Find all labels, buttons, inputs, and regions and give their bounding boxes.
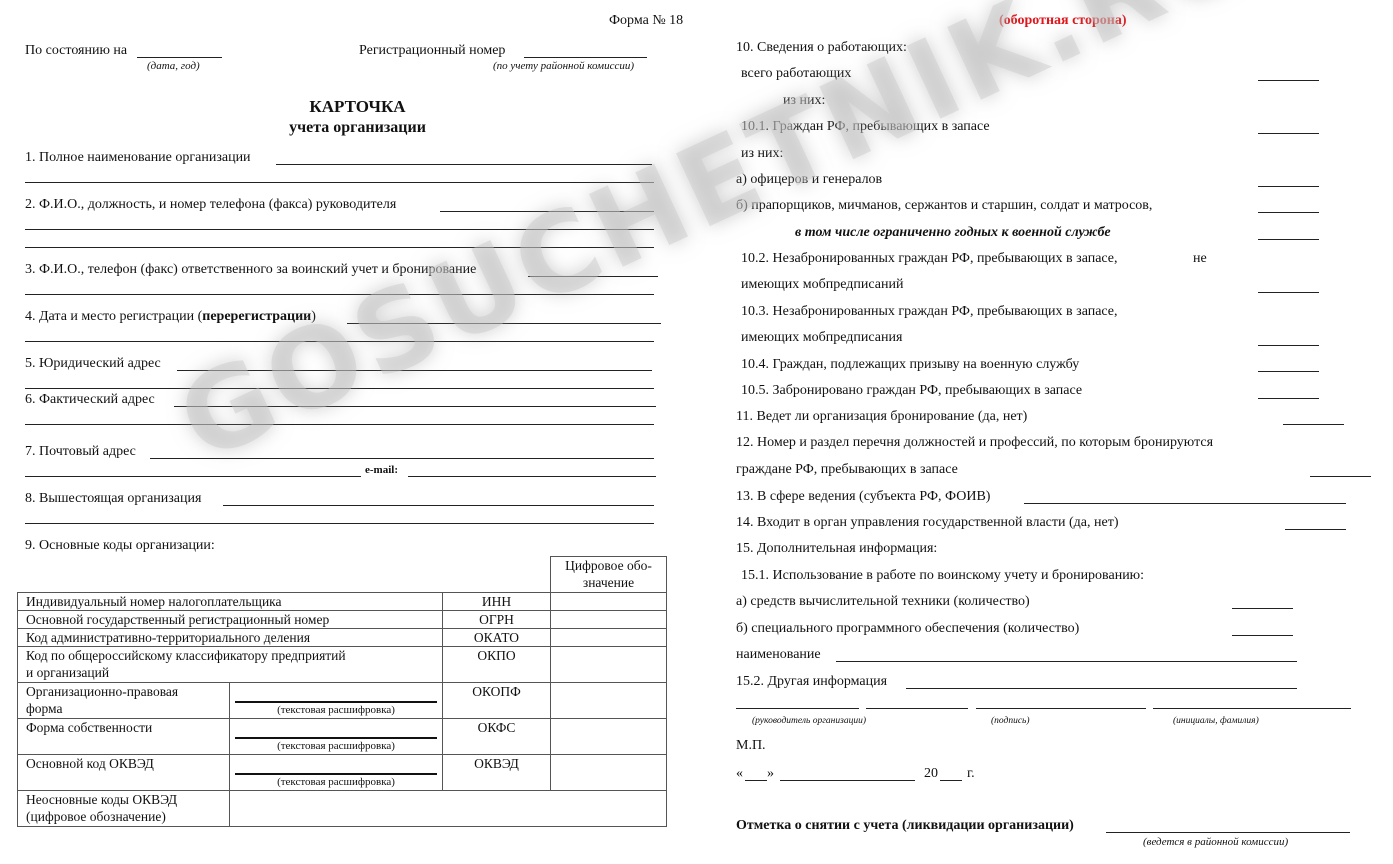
item-11-input[interactable] xyxy=(1283,424,1344,425)
item-10-5: 10.5. Забронировано граждан РФ, пребываю… xyxy=(741,383,1082,399)
initials-surname-input[interactable] xyxy=(1153,708,1351,709)
total-workers-input[interactable] xyxy=(1258,80,1319,81)
row-okved-name: Основной код ОКВЭД xyxy=(26,755,154,773)
field-6-input[interactable] xyxy=(174,406,656,407)
field-7-input[interactable] xyxy=(150,458,654,459)
row-okfs-name: Форма собственности xyxy=(26,719,152,737)
field-2-input[interactable] xyxy=(440,211,654,212)
row-okato-code: ОКАТО xyxy=(443,629,550,647)
table-row-okpo-name: Код по общероссийскому классификатору пр… xyxy=(17,646,443,683)
table-row-inn-name: Индивидуальный номер налогоплательщика xyxy=(17,592,443,611)
watermark: GOSUCHETNIK.RU xyxy=(160,0,1270,486)
item-15-1-a-input[interactable] xyxy=(1232,608,1293,609)
table-row-ogrn-name: Основной государственный регистрационный… xyxy=(17,610,443,629)
as-of-label: По состоянию на xyxy=(25,43,127,59)
item-15: 15. Дополнительная информация: xyxy=(736,541,937,557)
row-okpo-name-line1: Код по общероссийскому классификатору пр… xyxy=(26,647,346,665)
item-total-workers: всего работающих xyxy=(741,66,851,82)
form-number: Форма № 18 xyxy=(609,13,683,29)
row-okopf-name-line2: форма xyxy=(26,700,63,718)
item-of-them-2: из них: xyxy=(741,146,783,162)
field-2-label: 2. Ф.И.О., должность, и номер телефона (… xyxy=(25,197,396,213)
field-2-input-line3[interactable] xyxy=(25,247,654,248)
deregistration-hint: (ведется в районной комиссии) xyxy=(1143,836,1288,848)
item-12: 12. Номер и раздел перечня должностей и … xyxy=(736,435,1213,451)
row-okpo-value[interactable] xyxy=(550,646,667,683)
officers-input[interactable] xyxy=(1258,186,1319,187)
item-15-1-a: а) средств вычислительной техники (колич… xyxy=(736,594,1030,610)
item-12-input[interactable] xyxy=(1310,476,1371,477)
field-4-label-pre: 4. Дата и место регистрации ( xyxy=(25,309,202,324)
as-of-date-field[interactable] xyxy=(137,57,222,58)
field-3-input-line2[interactable] xyxy=(25,294,654,295)
table-row-okved-code: ОКВЭД xyxy=(442,754,551,791)
row-inn-value[interactable] xyxy=(550,592,667,611)
field-5-label: 5. Юридический адрес xyxy=(25,356,161,372)
field-8-input[interactable] xyxy=(223,505,654,506)
item-10-2-not: не xyxy=(1193,251,1207,267)
item-15-1-b-input[interactable] xyxy=(1232,635,1293,636)
okopf-decode-input[interactable] xyxy=(235,701,437,703)
row-secondary-okved-line2: (цифровое обозначение) xyxy=(26,808,166,826)
table-row-okved-decode: (текстовая расшифровка) xyxy=(229,754,443,791)
row-okpo-code: ОКПО xyxy=(443,647,550,665)
date-open-quote: « xyxy=(736,766,743,782)
item-10-4: 10.4. Граждан, подлежащих призыву на вое… xyxy=(741,357,1079,373)
field-7-input-line2[interactable] xyxy=(25,476,361,477)
codes-table-header-digital: Цифровое обо- значение xyxy=(550,556,667,593)
field-2-input-line2[interactable] xyxy=(25,229,654,230)
head-hint: (руководитель организации) xyxy=(752,716,866,726)
row-ogrn-value[interactable] xyxy=(550,610,667,629)
initials-hint: (инициалы, фамилия) xyxy=(1173,716,1259,726)
field-7-label: 7. Почтовый адрес xyxy=(25,444,136,460)
ensigns-input[interactable] xyxy=(1258,212,1319,213)
item-limited-fit: в том числе ограниченно годных к военной… xyxy=(795,225,1111,241)
item-name-label: наименование xyxy=(736,647,821,663)
row-okpo-name-line2: и организаций xyxy=(26,664,109,682)
row-okfs-code: ОКФС xyxy=(443,719,550,737)
reg-number-label: Регистрационный номер xyxy=(359,43,505,59)
field-1-label: 1. Полное наименование организации xyxy=(25,150,251,166)
item-15-2-input[interactable] xyxy=(906,688,1297,689)
field-6-input-line2[interactable] xyxy=(25,424,654,425)
date-year-input[interactable] xyxy=(940,780,962,781)
table-row-okopf-code: ОКОПФ xyxy=(442,682,551,719)
table-row-okfs-code: ОКФС xyxy=(442,718,551,755)
row-inn-code: ИНН xyxy=(443,593,550,611)
item-10-1: 10.1. Граждан РФ, пребывающих в запасе xyxy=(741,119,990,135)
field-3-input[interactable] xyxy=(528,276,658,277)
item-15-2: 15.2. Другая информация xyxy=(736,674,887,690)
year-prefix: 20 xyxy=(924,766,938,782)
table-row-okopf-name: Организационно-правовая форма xyxy=(17,682,230,719)
field-8-label: 8. Вышестоящая организация xyxy=(25,491,201,507)
deregistration-label: Отметка о снятии с учета (ликвидации орг… xyxy=(736,818,1074,834)
stamp-label: М.П. xyxy=(736,738,766,754)
item-10-4-input[interactable] xyxy=(1258,371,1319,372)
reg-number-field[interactable] xyxy=(524,57,647,58)
field-5-input-line2[interactable] xyxy=(25,388,654,389)
okved-decode-hint: (текстовая расшифровка) xyxy=(230,776,442,788)
table-row-okfs-name: Форма собственности xyxy=(17,718,230,755)
table-row-okopf-decode: (текстовая расшифровка) xyxy=(229,682,443,719)
row-okopf-value[interactable] xyxy=(550,682,667,719)
item-ensigns: б) прапорщиков, мичманов, сержантов и ст… xyxy=(736,198,1152,214)
item-14: 14. Входит в орган управления государств… xyxy=(736,515,1118,531)
okfs-decode-input[interactable] xyxy=(235,737,437,739)
row-okopf-name-line1: Организационно-правовая xyxy=(26,683,178,701)
date-close-quote: » xyxy=(767,766,774,782)
item-10-3-input[interactable] xyxy=(1258,345,1319,346)
field-3-label: 3. Ф.И.О., телефон (факс) ответственного… xyxy=(25,262,476,278)
item-10-1-input[interactable] xyxy=(1258,133,1319,134)
as-of-hint: (дата, год) xyxy=(147,60,200,72)
row-okato-name: Код административно-территориального дел… xyxy=(26,629,310,647)
date-month-input[interactable] xyxy=(780,780,915,781)
field-4-label: 4. Дата и место регистрации (перерегистр… xyxy=(25,309,316,325)
row-secondary-okved-line1: Неосновные коды ОКВЭД xyxy=(26,791,177,809)
item-10-2-input[interactable] xyxy=(1258,292,1319,293)
signature-input[interactable] xyxy=(976,708,1146,709)
row-ogrn-name: Основной государственный регистрационный… xyxy=(26,611,329,629)
field-1-input[interactable] xyxy=(276,164,652,165)
item-of-them-1: из них: xyxy=(783,93,825,109)
okved-decode-input[interactable] xyxy=(235,773,437,775)
row-okved-code: ОКВЭД xyxy=(443,755,550,773)
head-position-input[interactable] xyxy=(736,708,859,709)
item-11: 11. Ведет ли организация бронирование (д… xyxy=(736,409,1027,425)
okfs-decode-hint: (текстовая расшифровка) xyxy=(230,740,442,752)
row-secondary-okved-value[interactable] xyxy=(229,790,667,827)
okopf-decode-hint: (текстовая расшифровка) xyxy=(230,704,442,716)
item-13-input[interactable] xyxy=(1024,503,1346,504)
row-okved-value[interactable] xyxy=(550,754,667,791)
row-okfs-value[interactable] xyxy=(550,718,667,755)
email-input[interactable] xyxy=(408,476,656,477)
item-10: 10. Сведения о работающих: xyxy=(736,40,907,56)
item-10-3: 10.3. Незабронированных граждан РФ, преб… xyxy=(741,304,1118,320)
item-13: 13. В сфере ведения (субъекта РФ, ФОИВ) xyxy=(736,489,990,505)
field-4-input[interactable] xyxy=(347,323,661,324)
table-row-okfs-decode: (текстовая расшифровка) xyxy=(229,718,443,755)
table-row-ogrn-code: ОГРН xyxy=(442,610,551,629)
table-row-inn-code: ИНН xyxy=(442,592,551,611)
year-suffix: г. xyxy=(967,766,975,782)
item-officers: а) офицеров и генералов xyxy=(736,172,882,188)
table-row-okved-name: Основной код ОКВЭД xyxy=(17,754,230,791)
field-5-input[interactable] xyxy=(177,370,652,371)
field-4-label-bold: перерегистрации xyxy=(202,309,311,324)
field-4-input-line2[interactable] xyxy=(25,341,654,342)
head-extra-input[interactable] xyxy=(866,708,968,709)
header-digital-line1: Цифровое обо- xyxy=(551,557,666,575)
table-row-okato-code: ОКАТО xyxy=(442,628,551,647)
reverse-side-label: (оборотная сторона) xyxy=(999,13,1127,29)
field-4-label-post: ) xyxy=(311,309,316,324)
item-10-2: 10.2. Незабронированных граждан РФ, преб… xyxy=(741,251,1118,267)
item-12-cont: граждане РФ, пребывающих в запасе xyxy=(736,462,958,478)
date-day-input[interactable] xyxy=(745,780,767,781)
table-row-secondary-okved-name: Неосновные коды ОКВЭД (цифровое обозначе… xyxy=(17,790,230,827)
field-6-label: 6. Фактический адрес xyxy=(25,392,155,408)
item-14-input[interactable] xyxy=(1285,529,1346,530)
deregistration-input[interactable] xyxy=(1106,832,1350,833)
email-label: e-mail: xyxy=(365,464,398,476)
field-1-input-line2[interactable] xyxy=(25,182,654,183)
item-10-3-cont: имеющих мобпредписания xyxy=(741,330,902,346)
codes-heading: 9. Основные коды организации: xyxy=(25,538,215,554)
signature-hint: (подпись) xyxy=(991,716,1030,726)
reg-number-hint: (по учету районной комиссии) xyxy=(493,60,634,72)
row-okopf-code: ОКОПФ xyxy=(443,683,550,701)
table-row-okato-name: Код административно-территориального дел… xyxy=(17,628,443,647)
item-10-2-cont: имеющих мобпредписаний xyxy=(741,277,903,293)
row-okato-value[interactable] xyxy=(550,628,667,647)
item-15-1: 15.1. Использование в работе по воинском… xyxy=(741,568,1144,584)
header-digital-line2: значение xyxy=(551,574,666,592)
row-ogrn-code: ОГРН xyxy=(443,611,550,629)
item-15-1-b: б) специального программного обеспечения… xyxy=(736,621,1079,637)
row-inn-name: Индивидуальный номер налогоплательщика xyxy=(26,593,282,611)
field-8-input-line2[interactable] xyxy=(25,523,654,524)
card-subtitle: учета организации xyxy=(0,119,715,137)
item-name-input[interactable] xyxy=(836,661,1297,662)
table-row-okpo-code: ОКПО xyxy=(442,646,551,683)
item-10-5-input[interactable] xyxy=(1258,398,1319,399)
card-title: КАРТОЧКА xyxy=(0,97,715,117)
limited-fit-input[interactable] xyxy=(1258,239,1319,240)
